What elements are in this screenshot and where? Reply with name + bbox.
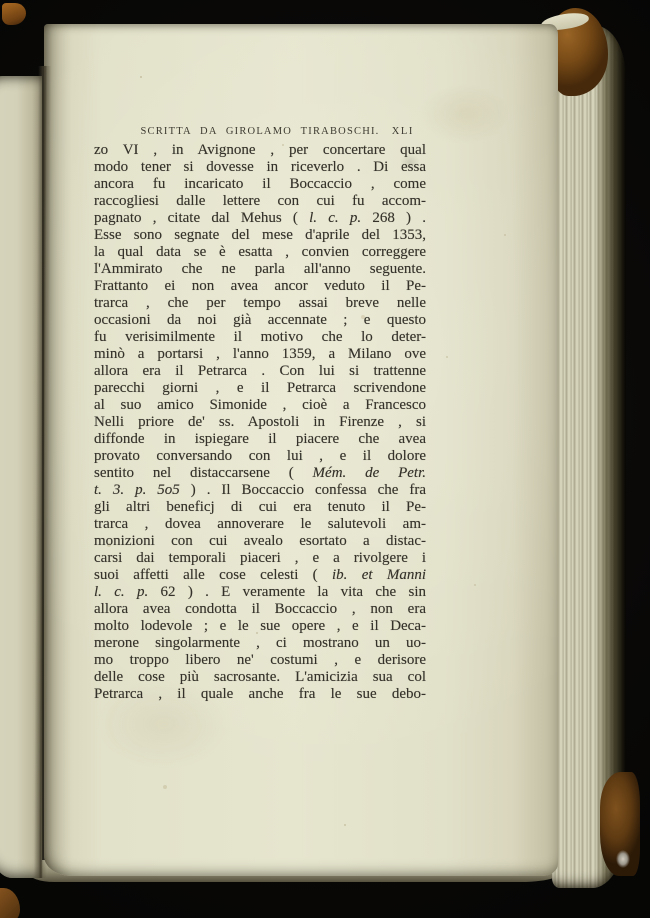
- text-line: l'Ammirato che ne parla all'anno seguent…: [94, 261, 426, 278]
- text-line: t. 3. p. 5o5 ) . Il Boccaccio confessa c…: [94, 482, 426, 499]
- text-line: l. c. p. 62 ) . E veramente la vita che …: [94, 584, 426, 601]
- text-line: modo tener si dovesse in riceverlo . Di …: [94, 159, 426, 176]
- text-line: Nelli priore de' ss. Apostoli in Firenze…: [94, 414, 426, 431]
- text-line: diffonde in ispiegare il piacere che ave…: [94, 431, 426, 448]
- text-line: al suo amico Simonide , cioè a Francesco: [94, 397, 426, 414]
- fore-edge-pages: [552, 26, 626, 888]
- text-line: monizioni con cui avealo esortato a dist…: [94, 533, 426, 550]
- text-line: allora avea condotta il Boccaccio , non …: [94, 601, 426, 618]
- scanned-page: SCRITTA DA GIROLAMO TIRABOSCHI. XLI zo V…: [44, 24, 558, 876]
- foxing-speckles: [44, 24, 46, 26]
- page-number: XLI: [392, 126, 414, 137]
- text-line: molto lodevole ; e le sue opere , e il D…: [94, 618, 426, 635]
- text-line: pagnato , citate dal Mehus ( l. c. p. 26…: [94, 210, 426, 227]
- text-line: la qual data se è esatta , convien corre…: [94, 244, 426, 261]
- leather-binding-top-left: [2, 3, 26, 25]
- text-line: suoi affetti alle cose celesti ( ib. et …: [94, 567, 426, 584]
- leather-binding-bottom-left: [0, 888, 20, 918]
- text-line: allora era il Petrarca . Con lui si trat…: [94, 363, 426, 380]
- header-title: SCRITTA DA GIROLAMO TIRABOSCHI.: [140, 126, 379, 137]
- running-header: SCRITTA DA GIROLAMO TIRABOSCHI. XLI: [94, 126, 426, 142]
- text-line: carsi dai temporali piaceri , e a rivolg…: [94, 550, 426, 567]
- text-line: fu verisimilmente il motivo che lo deter…: [94, 329, 426, 346]
- text-line: mo troppo libero ne' costumi , e derisor…: [94, 652, 426, 669]
- binding-glint: [616, 850, 630, 868]
- text-line: ancora fu incaricato il Boccaccio , come: [94, 176, 426, 193]
- text-line: minò a portarsi , l'anno 1359, a Milano …: [94, 346, 426, 363]
- text-line: raccogliesi dalle lettere con cui fu acc…: [94, 193, 426, 210]
- text-line: Frattanto ei non avea ancor veduto il Pe…: [94, 278, 426, 295]
- text-line: occasioni da noi già accennate ; e quest…: [94, 312, 426, 329]
- text-line: Esse sono segnate del mese d'aprile del …: [94, 227, 426, 244]
- text-line: trarca , dovea annoverare le salutevoli …: [94, 516, 426, 533]
- text-line: delle cose più sacrosante. L'amicizia su…: [94, 669, 426, 686]
- text-line: provato conversando con lui , e il dolor…: [94, 448, 426, 465]
- book-scan: SCRITTA DA GIROLAMO TIRABOSCHI. XLI zo V…: [0, 0, 650, 918]
- text-line: trarca , che per tempo assai breve nelle: [94, 295, 426, 312]
- text-line: zo VI , in Avignone , per concertare qua…: [94, 142, 426, 159]
- text-line: sentito nel distaccarsene ( Mém. de Petr…: [94, 465, 426, 482]
- text-line: merone singolarmente , ci mostrano un uo…: [94, 635, 426, 652]
- page-body: zo VI , in Avignone , per concertare qua…: [94, 142, 426, 703]
- text-line: gli altri beneficj di cui era tenuto il …: [94, 499, 426, 516]
- text-line: Petrarca , il quale anche fra le sue deb…: [94, 686, 426, 703]
- text-line: parecchi giorni , e il Petrarca scrivend…: [94, 380, 426, 397]
